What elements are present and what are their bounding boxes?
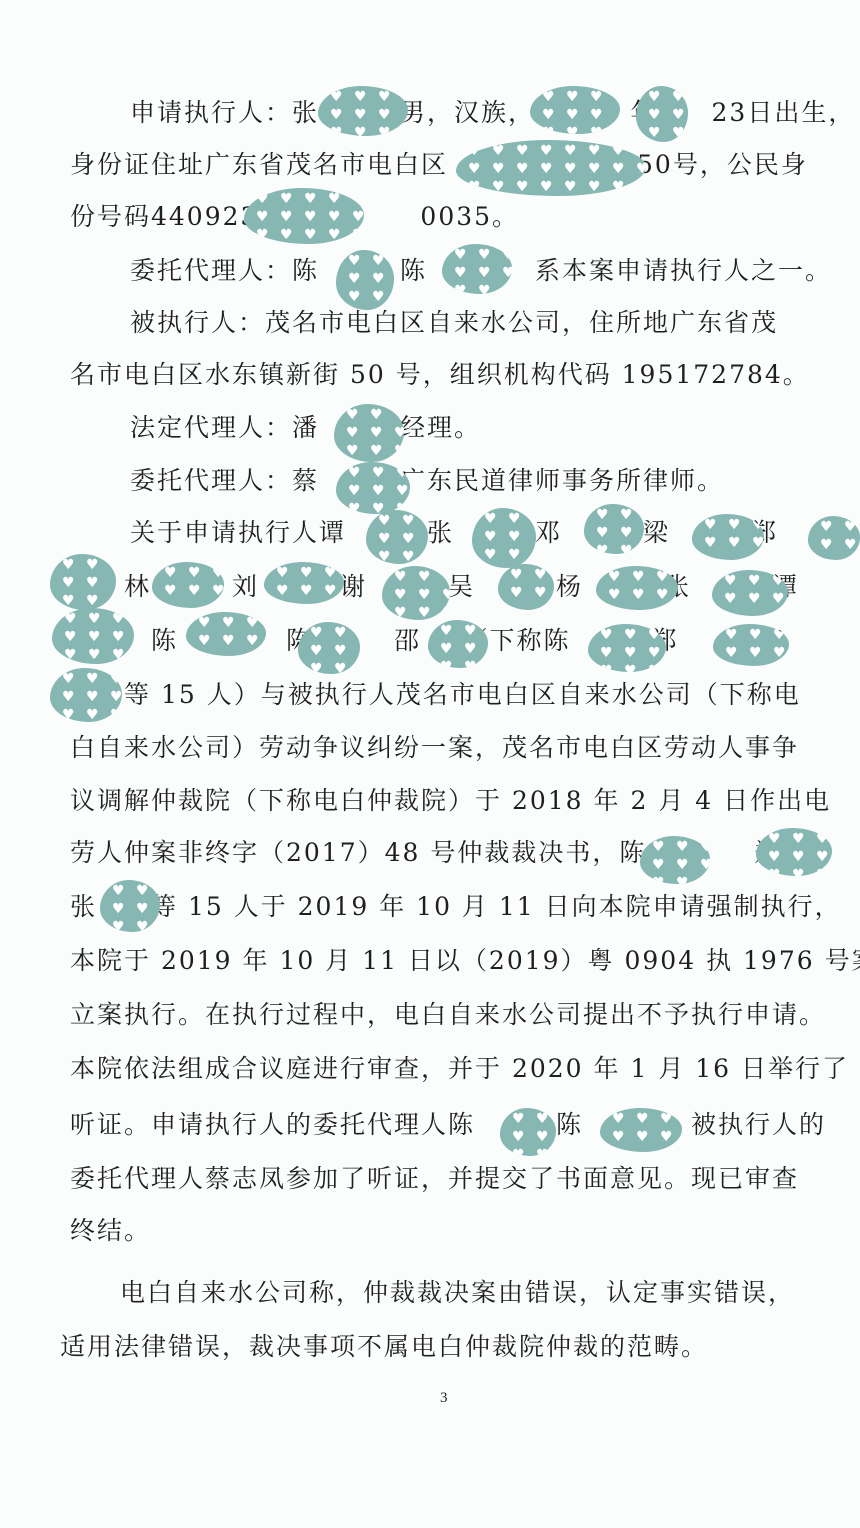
heart-icon: ♥ [378,126,391,136]
heart-icon: ♥ [112,902,125,916]
heart-icon: ♥ [502,266,512,280]
heart-icon: ♥ [512,1148,525,1156]
heart-icon: ♥ [540,144,553,158]
heart-icon: ♥ [280,210,293,224]
heart-icon: ♥ [370,444,383,458]
heart-icon: ♥ [508,530,521,544]
heart-icon: ♥ [590,90,603,104]
heart-icon: ♥ [648,126,661,140]
redaction-blob: ♥♥♥♥♥♥ [298,622,360,674]
heart-icon: ♥ [88,630,101,644]
heart-icon: ♥ [418,588,431,602]
heart-icon: ♥ [768,832,781,846]
text-line: 委托代理人：蔡 广东民道律师事务所律师。 [130,466,724,496]
heart-icon: ♥ [612,144,625,158]
heart-icon: ♥ [478,266,491,280]
heart-icon: ♥ [648,646,661,660]
heart-icon: ♥ [418,570,431,584]
text-line: 白自来水公司）劳动争议纠纷一案，茂名市电白区劳动人事争 [70,733,799,763]
heart-icon: ♥ [188,566,201,580]
text-line: 法定代理人：潘 经理。 [130,413,481,443]
heart-icon: ♥ [112,920,125,932]
redaction-blob: ♥♥♥♥♥♥♥♥♥ [442,244,512,294]
text-line: 名市电白区水东镇新街 50 号，组织机构代码 195172784。 [70,360,810,390]
redaction-blob: ♥♥♥♥♥♥ [186,612,266,656]
heart-icon: ♥ [62,708,75,722]
heart-icon: ♥ [86,594,99,608]
text-line: 等 15 人）与被执行人茂名市电白区自来水公司（下称电 [70,680,801,710]
heart-icon: ♥ [725,628,738,642]
heart-icon: ♥ [600,664,613,672]
redaction-blob: ♥♥♥♥♥♥ [336,250,394,310]
heart-icon: ♥ [246,616,259,630]
heart-icon: ♥ [752,536,764,550]
heart-icon: ♥ [768,868,781,876]
redaction-blob: ♥♥♥♥♥♥♥♥♥ [334,404,404,462]
heart-icon: ♥ [86,708,99,722]
heart-icon: ♥ [442,606,450,620]
heart-icon: ♥ [600,646,613,660]
heart-icon: ♥ [394,570,407,584]
heart-icon: ♥ [636,180,646,194]
heart-icon: ♥ [330,108,343,122]
heart-icon: ♥ [624,664,637,672]
heart-icon: ♥ [276,566,289,580]
redaction-blob: ♥♥♥♥♥♥ [500,1108,556,1156]
heart-icon: ♥ [816,832,829,846]
heart-icon: ♥ [588,162,601,176]
heart-icon: ♥ [378,532,391,546]
heart-icon: ♥ [334,626,347,640]
heart-icon: ♥ [304,228,317,242]
heart-icon: ♥ [304,192,317,206]
heart-icon: ♥ [256,210,269,224]
heart-icon: ♥ [624,628,637,642]
heart-icon: ♥ [110,690,122,704]
heart-icon: ♥ [394,588,407,602]
redaction-blob: ♥♥♥♥♥♥ [472,508,536,568]
redaction-blob: ♥♥♥♥♥♥ [584,504,644,554]
heart-icon: ♥ [440,624,453,638]
heart-icon: ♥ [64,630,77,644]
redaction-blob: ♥♥♥♥♥♥♥♥♥♥♥♥♥♥♥♥♥♥♥♥♥♥♥♥ [456,140,646,196]
heart-icon: ♥ [608,588,621,602]
heart-icon: ♥ [564,180,577,194]
heart-icon: ♥ [516,180,529,194]
heart-icon: ♥ [676,858,689,872]
heart-icon: ♥ [600,628,613,642]
heart-icon: ♥ [566,126,579,134]
redaction-blob: ♥♥♥♥♥♥ [366,510,428,564]
heart-icon: ♥ [510,586,523,600]
heart-icon: ♥ [672,108,685,122]
heart-icon: ♥ [62,594,75,608]
heart-icon: ♥ [566,90,579,104]
heart-icon: ♥ [310,626,323,640]
heart-icon: ♥ [508,548,521,562]
heart-icon: ♥ [464,660,477,668]
redaction-blob: ♥♥♥♥♥♥♥♥♥ [50,668,122,722]
heart-icon: ♥ [820,520,833,534]
heart-icon: ♥ [652,858,665,872]
text-line: 被执行人：茂名市电白区自来水公司，住所地广东省茂 [130,308,778,338]
text-line: 张 等 15 人于 2019 年 10 月 11 日向本院申请强制执行， [70,892,842,922]
heart-icon: ♥ [540,162,553,176]
heart-icon: ♥ [792,832,805,846]
heart-icon: ♥ [608,570,621,584]
redaction-blob: ♥♥♥♥♥♥♥♥♥ [336,462,410,514]
heart-icon: ♥ [596,544,609,554]
heart-icon: ♥ [402,532,415,546]
heart-icon: ♥ [62,558,75,572]
heart-icon: ♥ [440,660,453,668]
heart-icon: ♥ [478,284,491,294]
heart-icon: ♥ [748,574,761,588]
redaction-blob: ♥♥♥♥♥♥ [712,570,788,616]
heart-icon: ♥ [418,606,431,620]
heart-icon: ♥ [542,108,555,122]
heart-icon: ♥ [534,586,547,600]
heart-icon: ♥ [724,592,737,606]
heart-icon: ♥ [596,526,609,540]
heart-icon: ♥ [348,466,361,480]
heart-icon: ♥ [256,192,269,206]
heart-icon: ♥ [378,90,391,104]
heart-icon: ♥ [136,902,149,916]
heart-icon: ♥ [652,840,665,854]
heart-icon: ♥ [816,868,829,876]
heart-icon: ♥ [728,536,741,550]
heart-icon: ♥ [510,568,523,582]
redaction-blob: ♥♥♥♥♥♥ [692,514,764,560]
heart-icon: ♥ [88,648,101,662]
heart-icon: ♥ [188,584,201,598]
heart-icon: ♥ [348,290,361,304]
heart-icon: ♥ [378,514,391,528]
text-line: 委托代理人蔡志凤参加了听证，并提交了书面意见。现已审查 [70,1164,799,1194]
text-line: 立案执行。在执行过程中，电白自来水公司提出不予执行申请。 [70,1000,826,1030]
heart-icon: ♥ [632,588,645,602]
redaction-blob: ♥♥♥♥♥♥♥♥♥ [530,86,620,134]
heart-icon: ♥ [749,646,762,660]
heart-icon: ♥ [442,588,450,602]
heart-icon: ♥ [792,850,805,864]
text-line: 本院于 2019 年 10 月 11 日以（2019）粤 0904 执 1976… [70,946,860,976]
heart-icon: ♥ [660,1130,673,1144]
heart-icon: ♥ [508,512,521,526]
heart-icon: ♥ [542,126,555,134]
heart-icon: ♥ [346,408,359,422]
heart-icon: ♥ [656,570,669,584]
heart-icon: ♥ [728,518,741,532]
heart-icon: ♥ [484,512,497,526]
redaction-blob: ♥♥♥♥♥♥ [596,566,678,610]
heart-icon: ♥ [402,550,415,564]
heart-icon: ♥ [212,584,224,598]
heart-icon: ♥ [512,1112,525,1126]
heart-icon: ♥ [328,228,341,242]
redaction-blob: ♥♥♥♥♥♥ [264,562,344,604]
heart-icon: ♥ [704,536,717,550]
heart-icon: ♥ [454,284,467,294]
heart-icon: ♥ [566,108,579,122]
heart-icon: ♥ [86,690,99,704]
heart-icon: ♥ [534,568,547,582]
heart-icon: ♥ [334,662,347,674]
heart-icon: ♥ [64,648,77,662]
heart-icon: ♥ [378,108,391,122]
heart-icon: ♥ [536,1112,549,1126]
heart-icon: ♥ [620,508,633,522]
heart-icon: ♥ [612,162,625,176]
heart-icon: ♥ [62,672,75,686]
heart-icon: ♥ [636,1112,649,1126]
heart-icon: ♥ [354,90,367,104]
text-line: 听证。申请执行人的委托代理人陈 、陈 被执行人的 [70,1110,826,1140]
heart-icon: ♥ [222,616,235,630]
heart-icon: ♥ [536,1148,549,1156]
heart-icon: ♥ [492,180,505,194]
heart-icon: ♥ [636,1130,649,1144]
heart-icon: ♥ [468,180,481,194]
redaction-blob: ♥♥♥♥♥♥♥♥♥ [756,828,832,876]
heart-icon: ♥ [725,646,738,660]
heart-icon: ♥ [280,192,293,206]
heart-icon: ♥ [590,108,603,122]
redaction-blob: ♥♥♥♥ [808,516,860,560]
heart-icon: ♥ [324,566,337,580]
heart-icon: ♥ [772,592,785,606]
heart-icon: ♥ [672,126,685,140]
heart-icon: ♥ [112,884,125,898]
heart-icon: ♥ [636,162,646,176]
heart-icon: ♥ [516,162,529,176]
heart-icon: ♥ [484,548,497,562]
heart-icon: ♥ [136,884,149,898]
heart-icon: ♥ [536,1130,549,1144]
heart-icon: ♥ [724,574,737,588]
heart-icon: ♥ [346,426,359,440]
redaction-blob: ♥♥♥♥♥♥ [636,86,688,142]
heart-icon: ♥ [672,90,685,104]
heart-icon: ♥ [348,484,361,498]
heart-icon: ♥ [310,662,323,674]
text-line: 身份证住址广东省茂名市电白区 50号，公民身 [70,150,808,180]
text-line: 关于申请执行人谭 张 邓 梁 郑 [130,518,778,548]
heart-icon: ♥ [502,248,512,262]
heart-icon: ♥ [164,566,177,580]
heart-icon: ♥ [676,876,689,884]
heart-icon: ♥ [700,858,710,872]
heart-icon: ♥ [632,570,645,584]
heart-icon: ♥ [596,508,609,522]
text-line: 适用法律错误，裁决事项不属电白仲裁院仲裁的范畴。 [60,1332,708,1362]
heart-icon: ♥ [86,672,99,686]
heart-icon: ♥ [636,144,646,158]
heart-icon: ♥ [468,162,481,176]
heart-icon: ♥ [378,550,391,564]
heart-icon: ♥ [620,544,633,554]
heart-icon: ♥ [222,634,235,648]
heart-icon: ♥ [280,228,293,242]
heart-icon: ♥ [540,180,553,194]
heart-icon: ♥ [86,558,99,572]
heart-icon: ♥ [440,642,453,656]
heart-icon: ♥ [372,466,385,480]
heart-icon: ♥ [112,630,125,644]
heart-icon: ♥ [484,530,497,544]
heart-icon: ♥ [542,90,555,104]
heart-icon: ♥ [394,606,407,620]
heart-icon: ♥ [652,876,665,884]
text-line: 电白自来水公司称，仲裁裁决案由错误，认定事实错误， [120,1278,795,1308]
heart-icon: ♥ [62,576,75,590]
heart-icon: ♥ [62,690,75,704]
heart-icon: ♥ [300,584,313,598]
heart-icon: ♥ [64,612,77,626]
redaction-blob: ♥♥♥♥♥♥♥♥♥ [640,836,710,884]
heart-icon: ♥ [648,664,661,672]
heart-icon: ♥ [624,646,637,660]
heart-icon: ♥ [700,876,710,884]
heart-icon: ♥ [348,254,361,268]
heart-icon: ♥ [620,526,633,540]
heart-icon: ♥ [328,210,341,224]
heart-icon: ♥ [660,1112,673,1126]
heart-icon: ♥ [330,90,343,104]
heart-icon: ♥ [198,616,211,630]
redaction-blob: ♥♥♥♥ [498,564,554,610]
heart-icon: ♥ [816,850,829,864]
page-number: 3 [440,1390,448,1407]
heart-icon: ♥ [748,592,761,606]
heart-icon: ♥ [792,868,805,876]
text-line: 议调解仲裁院（下称电白仲裁院）于 2018 年 2 月 4 日作出电 [70,786,831,816]
heart-icon: ♥ [112,648,125,662]
heart-icon: ♥ [516,144,529,158]
text-line: 申请执行人：张 男，汉族， 年 23日出生， [130,98,855,128]
redaction-blob: ♥♥♥♥♥♥ [600,1108,682,1152]
heart-icon: ♥ [394,408,404,422]
heart-icon: ♥ [588,180,601,194]
heart-icon: ♥ [110,672,122,686]
redaction-blob: ♥♥♥♥♥♥ [100,880,160,932]
heart-icon: ♥ [348,272,361,286]
heart-icon: ♥ [700,840,710,854]
heart-icon: ♥ [464,642,477,656]
redaction-blob: ♥♥♥♥♥♥ [50,554,116,610]
heart-icon: ♥ [402,514,415,528]
heart-icon: ♥ [276,584,289,598]
heart-icon: ♥ [749,628,762,642]
redaction-blob: ♥♥♥♥♥♥♥♥♥ [588,624,666,672]
heart-icon: ♥ [564,144,577,158]
heart-icon: ♥ [396,484,409,498]
heart-icon: ♥ [372,272,385,286]
heart-icon: ♥ [612,1112,625,1126]
heart-icon: ♥ [198,634,211,648]
heart-icon: ♥ [564,162,577,176]
heart-icon: ♥ [588,144,601,158]
heart-icon: ♥ [310,644,323,658]
heart-icon: ♥ [110,708,122,722]
text-line: 终结。 [70,1216,151,1246]
heart-icon: ♥ [768,850,781,864]
heart-icon: ♥ [328,192,341,206]
heart-icon: ♥ [492,144,505,158]
heart-icon: ♥ [370,408,383,422]
heart-icon: ♥ [136,920,149,932]
redaction-blob: ♥♥♥♥♥♥♥♥♥♥♥♥♥♥♥ [244,188,364,244]
heart-icon: ♥ [300,566,313,580]
heart-icon: ♥ [464,624,477,638]
heart-icon: ♥ [212,566,224,580]
text-line: 本院依法组成合议庭进行审查，并于 2020 年 1 月 16 日举行了 [70,1054,849,1084]
heart-icon: ♥ [512,1130,525,1144]
heart-icon: ♥ [352,228,364,242]
heart-icon: ♥ [612,1130,625,1144]
heart-icon: ♥ [396,466,409,480]
heart-icon: ♥ [502,284,512,294]
heart-icon: ♥ [612,180,625,194]
redaction-blob: ♥♥♥♥♥♥ [428,620,488,668]
heart-icon: ♥ [772,574,785,588]
heart-icon: ♥ [370,426,383,440]
document-page: 申请执行人：张 男，汉族， 年 23日出生，身份证住址广东省茂名市电白区 50号… [0,0,860,1528]
heart-icon: ♥ [704,518,717,532]
heart-icon: ♥ [372,254,385,268]
heart-icon: ♥ [492,162,505,176]
heart-icon: ♥ [88,612,101,626]
heart-icon: ♥ [164,584,177,598]
heart-icon: ♥ [348,502,361,514]
heart-icon: ♥ [334,644,347,658]
redaction-blob: ♥♥♥♥♥♥♥♥♥ [382,566,450,620]
redaction-blob: ♥♥♥♥♥♥ [152,562,224,608]
heart-icon: ♥ [478,248,491,262]
heart-icon: ♥ [394,444,404,458]
redaction-blob: ♥♥♥♥♥♥♥♥♥ [318,86,408,136]
heart-icon: ♥ [752,518,764,532]
heart-icon: ♥ [246,634,259,648]
heart-icon: ♥ [590,126,603,134]
heart-icon: ♥ [820,538,833,552]
heart-icon: ♥ [330,126,343,136]
heart-icon: ♥ [346,444,359,458]
heart-icon: ♥ [773,646,786,660]
heart-icon: ♥ [354,108,367,122]
heart-icon: ♥ [304,210,317,224]
heart-icon: ♥ [773,628,786,642]
heart-icon: ♥ [352,192,364,206]
heart-icon: ♥ [844,520,857,534]
redaction-blob: ♥♥♥♥♥♥♥♥♥ [52,608,134,664]
heart-icon: ♥ [454,248,467,262]
heart-icon: ♥ [394,426,404,440]
heart-icon: ♥ [442,570,450,584]
heart-icon: ♥ [656,588,669,602]
redaction-blob: ♥♥♥♥♥♥ [713,624,789,666]
heart-icon: ♥ [86,576,99,590]
heart-icon: ♥ [352,210,364,224]
heart-icon: ♥ [372,484,385,498]
heart-icon: ♥ [256,228,269,242]
heart-icon: ♥ [648,108,661,122]
heart-icon: ♥ [112,612,125,626]
heart-icon: ♥ [468,144,481,158]
heart-icon: ♥ [324,584,337,598]
heart-icon: ♥ [844,538,857,552]
